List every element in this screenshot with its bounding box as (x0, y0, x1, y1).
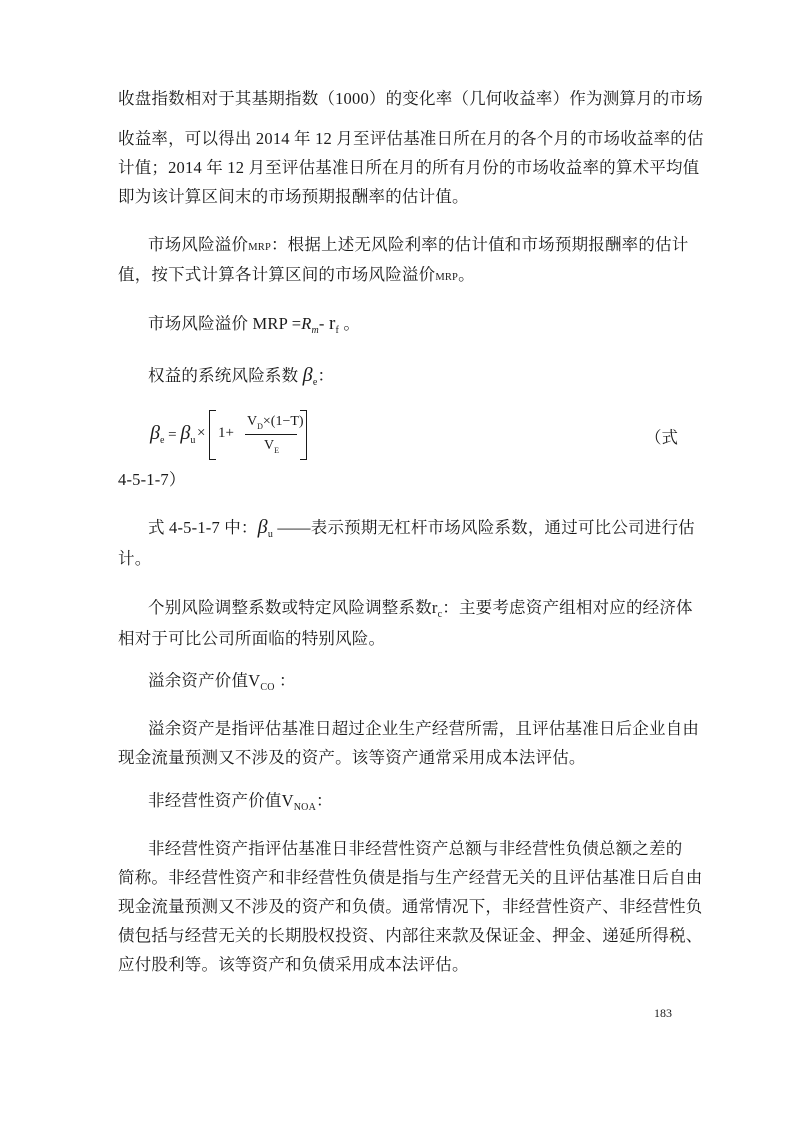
v-d: V (247, 414, 257, 429)
mrp-definition-line2: 值，按下式计算各计算区间的市场风险溢价MRP。 (118, 264, 678, 289)
denominator: VE (264, 438, 279, 455)
equals: = (168, 427, 176, 443)
formula-text: 市场风险溢价 MRP = (148, 314, 301, 333)
text: 权益的系统风险系数 (148, 366, 298, 385)
left-bracket (209, 410, 216, 460)
period: 。 (343, 314, 360, 333)
mrp-abbr: MRP (435, 272, 458, 283)
beta-u-sub: u (268, 529, 273, 540)
vnoa-heading: 非经营性资产价值VNOA： (148, 790, 708, 819)
paragraph-line: 收益率，可以得出 2014 年 12 月至评估基准日所在月的各个月的市场收益率的… (118, 128, 678, 150)
fraction-line (245, 434, 297, 435)
colon: ： (317, 366, 334, 385)
equation-label-cont: 4-5-1-7） (118, 469, 678, 491)
beta-e-sub: e (160, 435, 164, 446)
numerator-rest: ×(1−T) (263, 414, 304, 429)
text: ：根据上述无风险利率的估计值和市场预期报酬率的估计 (271, 235, 689, 254)
minus: - (319, 314, 325, 333)
beta-u: β (180, 422, 190, 444)
beta-u-sub: u (190, 435, 195, 446)
rc-paragraph: 个别风险调整系数或特定风险调整系数rc：主要考虑资产组相对应的经济体 (148, 597, 708, 626)
paragraph-line: 简称。非经营性资产和非经营性负债是指与生产经营无关的且评估基准日后自由 (118, 867, 678, 889)
rm-symbol: R (301, 314, 311, 333)
paragraph-line: 现金流量预测又不涉及的资产和负债。通常情况下，非经营性资产、非经营性负 (118, 896, 678, 918)
text: ——表示预期无杠杆市场风险系数，通过可比公司进行估 (277, 518, 695, 537)
beta-e: β (150, 422, 160, 444)
times: × (197, 425, 205, 442)
text: 市场风险溢价 (148, 235, 248, 254)
paragraph-line: 收盘指数相对于其基期指数（1000）的变化率（几何收益率）作为测算月的市场 (118, 88, 678, 110)
text: 个别风险调整系数或特定风险调整系数 (148, 598, 432, 617)
text: 值，按下式计算各计算区间的市场风险溢价 (118, 265, 435, 284)
beta-u-note: 式 4-5-1-7 中：βu ——表示预期无杠杆市场风险系数，通过可比公司进行估 (148, 516, 708, 546)
text: 非经营性资产价值 (148, 791, 282, 810)
mrp-formula: 市场风险溢价 MRP =Rm- rf 。 (148, 313, 708, 342)
mrp-abbr: MRP (248, 242, 271, 253)
paragraph-line: 应付股利等。该等资产和负债采用成本法评估。 (118, 954, 678, 976)
beta-formula: βe = βu × 1+ VD×(1−T) VE (150, 408, 350, 462)
colon: ： (316, 791, 333, 810)
v-e-sub: E (274, 446, 279, 455)
one-plus: 1+ (218, 425, 234, 442)
text: 溢余资产价值 (148, 671, 248, 690)
equation-label: （式 (645, 424, 678, 448)
numerator: VD×(1−T) (247, 414, 304, 431)
v-sub: NOA (294, 802, 316, 813)
paragraph-line: 非经营性资产指评估基准日非经营性资产总额与非经营性负债总额之差的 (148, 838, 708, 860)
mrp-definition-line1: 市场风险溢价MRP：根据上述无风险利率的估计值和市场预期报酬率的估计 (148, 234, 708, 259)
paragraph-line: 现金流量预测又不涉及的资产。该等资产通常采用成本法评估。 (118, 747, 678, 769)
rc-paragraph-line2: 相对于可比公司所面临的特别风险。 (118, 628, 678, 650)
paragraph-line: 即为该计算区间末的市场预期报酬率的估计值。 (118, 186, 678, 208)
v-e: V (264, 438, 274, 453)
rf-sub: f (335, 325, 339, 336)
beta-symbol: β (303, 364, 313, 386)
paragraph-line: 溢余资产是指评估基准日超过企业生产经营所需，且评估基准日后企业自由 (148, 718, 708, 740)
document-page: 收盘指数相对于其基期指数（1000）的变化率（几何收益率）作为测算月的市场 收益… (0, 0, 793, 1122)
beta-u: β (258, 516, 268, 538)
v-sub: CO (260, 682, 274, 693)
page-number: 183 (654, 1006, 672, 1021)
text: 。 (458, 265, 475, 284)
v-symbol: V (248, 671, 260, 690)
beta-heading: 权益的系统风险系数 βe： (148, 364, 708, 394)
paragraph-line: 债包括与经营无关的长期股权投资、内部往来款及保证金、押金、递延所得税、 (118, 925, 678, 947)
paragraph-line: 计值；2014 年 12 月至评估基准日所在月的所有月份的市场收益率的算术平均值 (118, 157, 678, 179)
rm-sub: m (311, 325, 318, 336)
text: ：主要考虑资产组相对应的经济体 (442, 598, 693, 617)
text: 式 4-5-1-7 中： (148, 518, 258, 537)
formula-lhs: βe = βu (150, 422, 195, 446)
colon: ： (279, 671, 296, 690)
beta-u-note-line2: 计。 (118, 548, 678, 570)
v-symbol: V (282, 791, 294, 810)
right-bracket (300, 410, 307, 460)
vco-heading: 溢余资产价值VCO ： (148, 670, 708, 699)
